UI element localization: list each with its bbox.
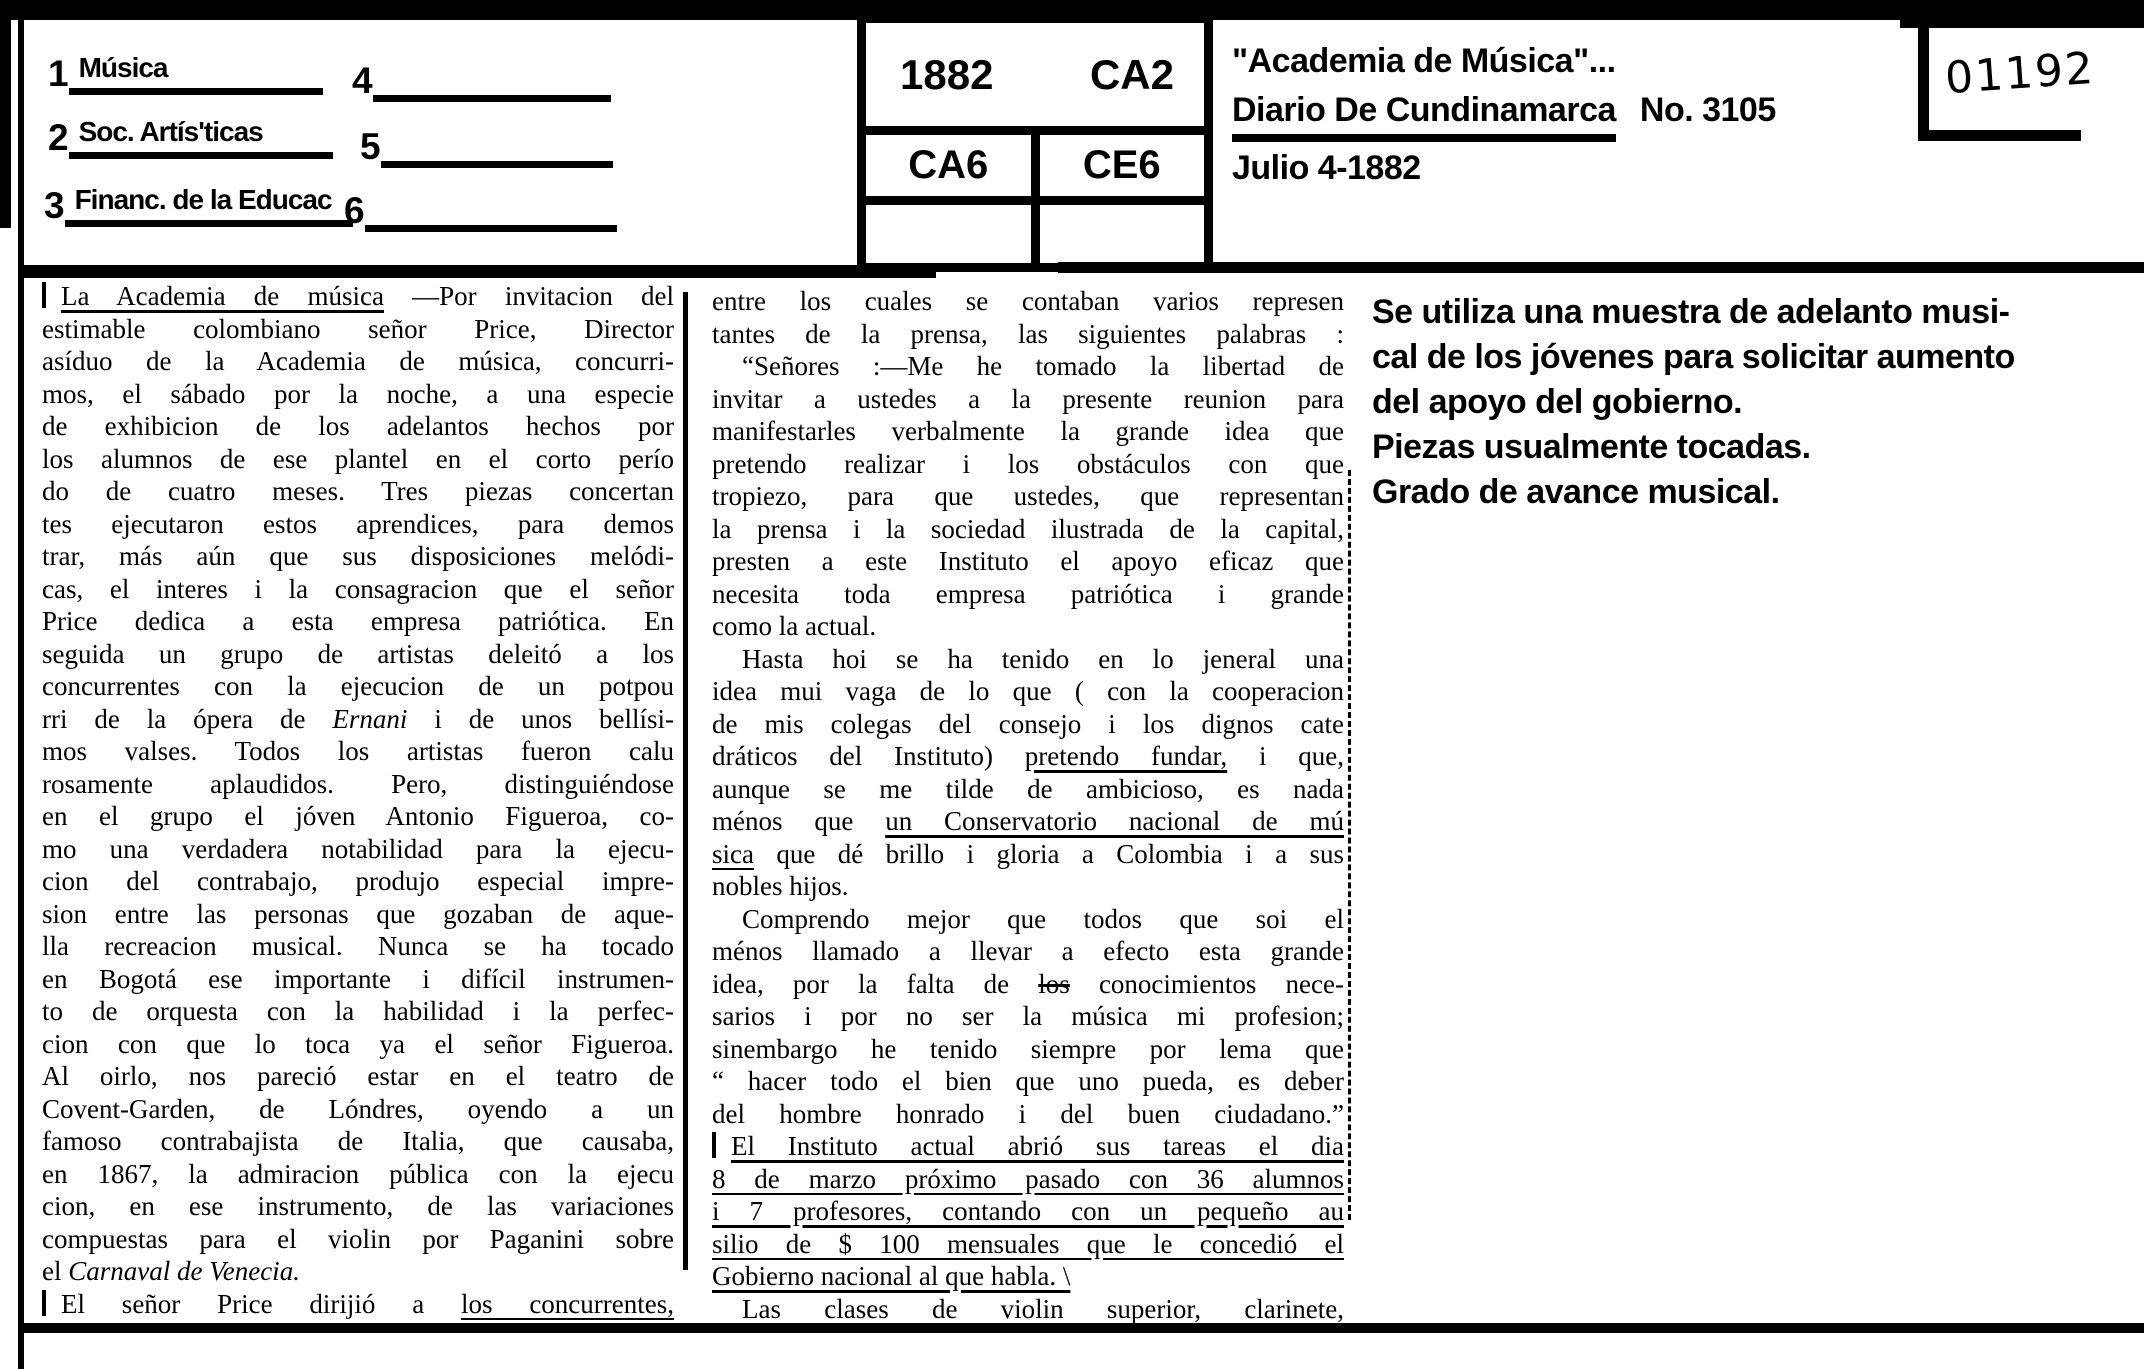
text-segment: pretendo fundar, xyxy=(1025,741,1227,771)
text-line: “Señores :—Me he tomado la libertad de xyxy=(712,350,1344,383)
text-segment: la prensa i la sociedad ilustrada de la … xyxy=(712,514,1344,544)
field-number: 1 xyxy=(48,53,69,94)
publication-date: Julio 4-1882 xyxy=(1232,149,1776,188)
text-line: sica que dé brillo i gloria a Colombia i… xyxy=(712,838,1344,871)
text-segment: dráticos del Instituto) xyxy=(712,741,1025,771)
text-segment: El Instituto actual abrió sus tareas el … xyxy=(731,1131,1344,1161)
code-ce6: CE6 xyxy=(1031,135,1205,196)
field-value xyxy=(381,134,613,168)
field-value: Financ. de la Educac xyxy=(65,184,353,227)
text-segment: mos, el sábado por la noche, a una espec… xyxy=(42,379,674,409)
text-segment: los concurrentes, xyxy=(461,1289,674,1319)
empty-cell xyxy=(866,205,1031,263)
text-segment: ménos llamado a llevar a efecto esta gra… xyxy=(712,936,1344,966)
text-segment: cion del contrabajo, produjo especial im… xyxy=(42,866,674,896)
text-segment: Covent-Garden, de Lóndres, oyendo a un xyxy=(42,1094,674,1124)
column-divider xyxy=(683,292,688,1270)
text-segment: invitar a ustedes a la presente reunion … xyxy=(712,384,1344,414)
text-segment: trar, más aún que sus disposiciones meló… xyxy=(42,541,674,571)
field-value xyxy=(365,198,617,232)
text-line: aunque se me tilde de ambicioso, es nada xyxy=(712,773,1344,806)
text-line: cion con que lo toca ya el señor Figuero… xyxy=(42,1028,674,1061)
classification-row-codes: CA6 CE6 xyxy=(866,135,1204,205)
text-segment: pretendo realizar i los obstáculos con q… xyxy=(712,449,1344,479)
text-segment: presten a este Instituto el apoyo eficaz… xyxy=(712,546,1344,576)
text-line: Hasta hoi se ha tenido en lo jeneral una xyxy=(712,643,1344,676)
category-field-2: 2Soc. Artís'ticas xyxy=(48,116,333,159)
title-block: "Academia de Música"... Diario De Cundin… xyxy=(1232,42,1776,188)
text-segment: Gobierno nacional al que habla. \ xyxy=(712,1261,1070,1291)
text-segment: los alumnos de ese plantel en el corto p… xyxy=(42,444,674,474)
text-segment: i que, xyxy=(1227,741,1344,771)
text-segment: Grado de avance musical. xyxy=(1372,473,1780,511)
text-segment: sica xyxy=(712,839,754,869)
issue-number: No. 3105 xyxy=(1640,91,1776,129)
text-line: concurrentes con la ejecucion de un potp… xyxy=(42,670,674,703)
text-segment: Carnaval de Venecia. xyxy=(68,1256,300,1286)
classification-table: 1882 CA2 CA6 CE6 xyxy=(857,14,1213,272)
text-line: manifestarles verbalmente la grande idea… xyxy=(712,415,1344,448)
text-segment: silio de $ 100 mensuales que le concedió… xyxy=(712,1229,1344,1259)
field-number: 5 xyxy=(360,126,381,167)
annotation-block: Se utiliza una muestra de adelanto musi-… xyxy=(1372,290,2144,515)
classification-row-empty xyxy=(866,205,1204,263)
article-column-2: entre los cuales se contaban varios repr… xyxy=(712,285,1344,1325)
text-segment: Price dedica a esta empresa patriótica. … xyxy=(42,606,674,636)
text-line: 8 de marzo próximo pasado con 36 alumnos xyxy=(712,1163,1344,1196)
category-field-4: 4 xyxy=(352,60,611,102)
text-line: El señor Price dirijió a los concurrente… xyxy=(42,1288,674,1321)
text-line: famoso contrabajista de Italia, que caus… xyxy=(42,1125,674,1158)
category-field-1: 1Música xyxy=(48,52,323,95)
text-segment: i 7 profesores, contando con un pequeño … xyxy=(712,1196,1344,1226)
text-segment: sinembargo he tenido siempre por lema qu… xyxy=(712,1034,1344,1064)
text-segment: tes ejecutaron estos aprendices, para de… xyxy=(42,509,674,539)
header-rule-left xyxy=(24,265,936,278)
text-line: Grado de avance musical. xyxy=(1372,470,2144,515)
text-line: i 7 profesores, contando con un pequeño … xyxy=(712,1195,1344,1228)
text-segment: to de orquesta con la habilidad i la per… xyxy=(42,996,674,1026)
text-segment: estimable colombiano señor Price, Direct… xyxy=(42,314,674,344)
text-line: asíduo de la Academia de música, concurr… xyxy=(42,345,674,378)
text-line: cion, en ese instrumento, de las variaci… xyxy=(42,1190,674,1223)
text-segment: como la actual. xyxy=(712,611,876,641)
text-segment: Hasta hoi se ha tenido en lo jeneral una xyxy=(742,644,1344,674)
text-line: tes ejecutaron estos aprendices, para de… xyxy=(42,508,674,541)
text-line: Las clases de violin superior, clarinete… xyxy=(712,1293,1344,1326)
text-segment: necesita toda empresa patriótica i grand… xyxy=(712,579,1344,609)
text-segment: aunque se me tilde de ambicioso, es nada xyxy=(712,774,1344,804)
text-segment: asíduo de la Academia de música, concurr… xyxy=(42,346,674,376)
clipping-right-edge xyxy=(1348,470,1351,1220)
text-line: to de orquesta con la habilidad i la per… xyxy=(42,995,674,1028)
text-segment: en Bogotá ese importante i difícil instr… xyxy=(42,964,674,994)
text-line: sion entre las personas que gozaban de a… xyxy=(42,898,674,931)
field-value xyxy=(373,68,611,102)
text-segment: “Señores :—Me he tomado la libertad de xyxy=(742,351,1344,381)
empty-cell xyxy=(1031,205,1205,263)
text-line: ménos llamado a llevar a efecto esta gra… xyxy=(712,935,1344,968)
text-line: silio de $ 100 mensuales que le concedió… xyxy=(712,1228,1344,1261)
text-line: nobles hijos. xyxy=(712,870,1344,903)
text-segment: rosamente aplaudidos. Pero, distinguiénd… xyxy=(42,769,674,799)
text-line: trar, más aún que sus disposiciones meló… xyxy=(42,540,674,573)
text-line: idea, por la falta de los conocimientos … xyxy=(712,968,1344,1001)
field-number: 3 xyxy=(44,185,65,226)
text-segment: en el grupo el jóven Antonio Figueroa, c… xyxy=(42,801,674,831)
paragraph-bracket-mark xyxy=(42,282,54,308)
text-line: cal de los jóvenes para solicitar aument… xyxy=(1372,335,2144,380)
text-line: de mis colegas del consejo i los dignos … xyxy=(712,708,1344,741)
text-line: Piezas usualmente tocadas. xyxy=(1372,425,2144,470)
text-segment: tantes de la prensa, las siguientes pala… xyxy=(712,319,1344,349)
text-line: la prensa i la sociedad ilustrada de la … xyxy=(712,513,1344,546)
text-segment: nobles hijos. xyxy=(712,871,849,901)
text-segment: del hombre honrado i del buen ciudadano.… xyxy=(712,1099,1344,1129)
text-line: Gobierno nacional al que habla. \ xyxy=(712,1260,1344,1293)
text-line: El Instituto actual abrió sus tareas el … xyxy=(712,1130,1344,1163)
text-line: mo una verdadera notabilidad para la eje… xyxy=(42,833,674,866)
code-ca2: CA2 xyxy=(1090,51,1174,99)
text-line: cion del contrabajo, produjo especial im… xyxy=(42,865,674,898)
text-segment: compuestas para el violin por Paganini s… xyxy=(42,1224,674,1254)
text-line: los alumnos de ese plantel en el corto p… xyxy=(42,443,674,476)
text-line: como la actual. xyxy=(712,610,1344,643)
text-segment: cion con que lo toca ya el señor Figuero… xyxy=(42,1029,674,1059)
text-segment: 8 de marzo próximo pasado con 36 alumnos xyxy=(712,1164,1344,1194)
text-line: Se utiliza una muestra de adelanto musi- xyxy=(1372,290,2144,335)
text-segment: mo una verdadera notabilidad para la eje… xyxy=(42,834,674,864)
text-segment: conocimientos nece- xyxy=(1070,969,1344,999)
field-number: 2 xyxy=(48,117,69,158)
text-segment: La Academia de música xyxy=(61,281,384,311)
text-line: lla recreacion musical. Nunca se ha toca… xyxy=(42,930,674,963)
article-column-1: La Academia de música —Por invitacion de… xyxy=(42,280,674,1320)
category-field-6: 6 xyxy=(344,190,617,232)
text-segment: seguida un grupo de artistas deleitó a l… xyxy=(42,639,674,669)
text-line: seguida un grupo de artistas deleitó a l… xyxy=(42,638,674,671)
text-line: do de cuatro meses. Tres piezas concerta… xyxy=(42,475,674,508)
text-segment: mos valses. Todos los artistas fueron ca… xyxy=(42,736,674,766)
text-segment: tropiezo, para que ustedes, que represen… xyxy=(712,481,1344,511)
article-title: "Academia de Música"... xyxy=(1232,42,1776,81)
text-segment: idea mui vaga de lo que ( con la coopera… xyxy=(712,676,1344,706)
text-segment: cal de los jóvenes para solicitar aument… xyxy=(1372,338,2015,376)
text-segment: famoso contrabajista de Italia, que caus… xyxy=(42,1126,674,1156)
text-segment: un Conservatorio nacional de mú xyxy=(885,806,1344,836)
text-segment: de exhibicion de los adelantos hechos po… xyxy=(42,411,674,441)
code-ca6: CA6 xyxy=(866,135,1031,196)
text-segment: do de cuatro meses. Tres piezas concerta… xyxy=(42,476,674,506)
text-line: en el grupo el jóven Antonio Figueroa, c… xyxy=(42,800,674,833)
text-line: en Bogotá ese importante i difícil instr… xyxy=(42,963,674,996)
text-segment: los xyxy=(1038,969,1070,999)
text-line: tantes de la prensa, las siguientes pala… xyxy=(712,318,1344,351)
text-line: tropiezo, para que ustedes, que represen… xyxy=(712,480,1344,513)
text-segment: de mis colegas del consejo i los dignos … xyxy=(712,709,1344,739)
reference-number: 01192 xyxy=(1943,43,2096,104)
text-segment: —Por invitacion del xyxy=(384,281,674,311)
text-segment: sarios i por no ser la música mi profesi… xyxy=(712,1001,1344,1031)
text-segment: Se utiliza una muestra de adelanto musi- xyxy=(1372,293,2010,331)
text-line: pretendo realizar i los obstáculos con q… xyxy=(712,448,1344,481)
source-name: Diario De Cundinamarca xyxy=(1232,91,1616,142)
text-segment: rri de la ópera de xyxy=(42,704,332,734)
text-segment: El señor Price dirijió a xyxy=(61,1289,461,1319)
text-line: el Carnaval de Venecia. xyxy=(42,1255,674,1288)
text-line: del hombre honrado i del buen ciudadano.… xyxy=(712,1098,1344,1131)
header-rule-right xyxy=(1058,262,2144,273)
text-segment: sion entre las personas que gozaban de a… xyxy=(42,899,674,929)
text-line: presten a este Instituto el apoyo eficaz… xyxy=(712,545,1344,578)
text-line: rri de la ópera de Ernani i de unos bell… xyxy=(42,703,674,736)
text-line: Covent-Garden, de Lóndres, oyendo a un xyxy=(42,1093,674,1126)
text-line: necesita toda empresa patriótica i grand… xyxy=(712,578,1344,611)
text-line: ménos que un Conservatorio nacional de m… xyxy=(712,805,1344,838)
bottom-border-line xyxy=(24,1323,2144,1333)
text-line: mos valses. Todos los artistas fueron ca… xyxy=(42,735,674,768)
text-segment: manifestarles verbalmente la grande idea… xyxy=(712,416,1344,446)
text-line: estimable colombiano señor Price, Direct… xyxy=(42,313,674,346)
text-line: Al oirlo, nos pareció estar en el teatro… xyxy=(42,1060,674,1093)
text-line: idea mui vaga de lo que ( con la coopera… xyxy=(712,675,1344,708)
text-segment: Ernani xyxy=(332,704,407,734)
text-segment: idea, por la falta de xyxy=(712,969,1038,999)
paragraph-bracket-mark xyxy=(712,1132,724,1158)
text-segment: en 1867, la admiracion pública con la ej… xyxy=(42,1159,674,1189)
text-segment: cas, el interes i la consagracion que el… xyxy=(42,574,674,604)
category-field-3: 3Financ. de la Educac xyxy=(44,184,353,227)
scanned-index-card: 1Música 4 2Soc. Artís'ticas 5 3Financ. d… xyxy=(0,0,2144,1369)
text-segment: Piezas usualmente tocadas. xyxy=(1372,428,1811,466)
paragraph-bracket-mark xyxy=(42,1290,54,1316)
text-segment: ménos que xyxy=(712,806,885,836)
text-line: del apoyo del gobierno. xyxy=(1372,380,2144,425)
text-line: en 1867, la admiracion pública con la ej… xyxy=(42,1158,674,1191)
text-segment: del apoyo del gobierno. xyxy=(1372,383,1742,421)
text-segment: entre los cuales se contaban varios repr… xyxy=(712,286,1344,316)
field-value: Música xyxy=(69,52,323,95)
field-value: Soc. Artís'ticas xyxy=(69,116,333,159)
text-line: Comprendo mejor que todos que soi el xyxy=(712,903,1344,936)
text-segment: i de unos bellísi- xyxy=(407,704,674,734)
left-border-line xyxy=(18,12,24,1369)
text-segment: el xyxy=(42,1256,68,1286)
text-segment: cion, en ese instrumento, de las variaci… xyxy=(42,1191,674,1221)
text-line: mos, el sábado por la noche, a una espec… xyxy=(42,378,674,411)
left-border-bar xyxy=(0,0,11,228)
source-line: Diario De CundinamarcaNo. 3105 xyxy=(1232,91,1776,142)
text-segment: Las clases de violin superior, clarinete… xyxy=(742,1294,1344,1324)
text-line: cas, el interes i la consagracion que el… xyxy=(42,573,674,606)
category-field-5: 5 xyxy=(360,126,613,168)
text-segment: lla recreacion musical. Nunca se ha toca… xyxy=(42,931,674,961)
text-segment: Al oirlo, nos pareció estar en el teatro… xyxy=(42,1061,674,1091)
text-line: compuestas para el violin por Paganini s… xyxy=(42,1223,674,1256)
text-line: Price dedica a esta empresa patriótica. … xyxy=(42,605,674,638)
text-line: rosamente aplaudidos. Pero, distinguiénd… xyxy=(42,768,674,801)
text-line: dráticos del Instituto) pretendo fundar,… xyxy=(712,740,1344,773)
year-value: 1882 xyxy=(900,51,993,99)
text-segment: Comprendo mejor que todos que soi el xyxy=(742,904,1344,934)
reference-number-box: 01192 xyxy=(1918,24,2081,141)
text-line: sinembargo he tenido siempre por lema qu… xyxy=(712,1033,1344,1066)
text-segment: “ hacer todo el bien que uno pueda, es d… xyxy=(712,1066,1344,1096)
field-number: 6 xyxy=(344,190,365,231)
text-line: La Academia de música —Por invitacion de… xyxy=(42,280,674,313)
text-line: entre los cuales se contaban varios repr… xyxy=(712,285,1344,318)
text-segment: concurrentes con la ejecucion de un potp… xyxy=(42,671,674,701)
text-line: “ hacer todo el bien que uno pueda, es d… xyxy=(712,1065,1344,1098)
classification-row-year: 1882 CA2 xyxy=(866,23,1204,135)
text-line: invitar a ustedes a la presente reunion … xyxy=(712,383,1344,416)
text-segment: que dé brillo i gloria a Colombia i a su… xyxy=(754,839,1344,869)
text-line: sarios i por no ser la música mi profesi… xyxy=(712,1000,1344,1033)
text-line: de exhibicion de los adelantos hechos po… xyxy=(42,410,674,443)
field-number: 4 xyxy=(352,60,373,101)
